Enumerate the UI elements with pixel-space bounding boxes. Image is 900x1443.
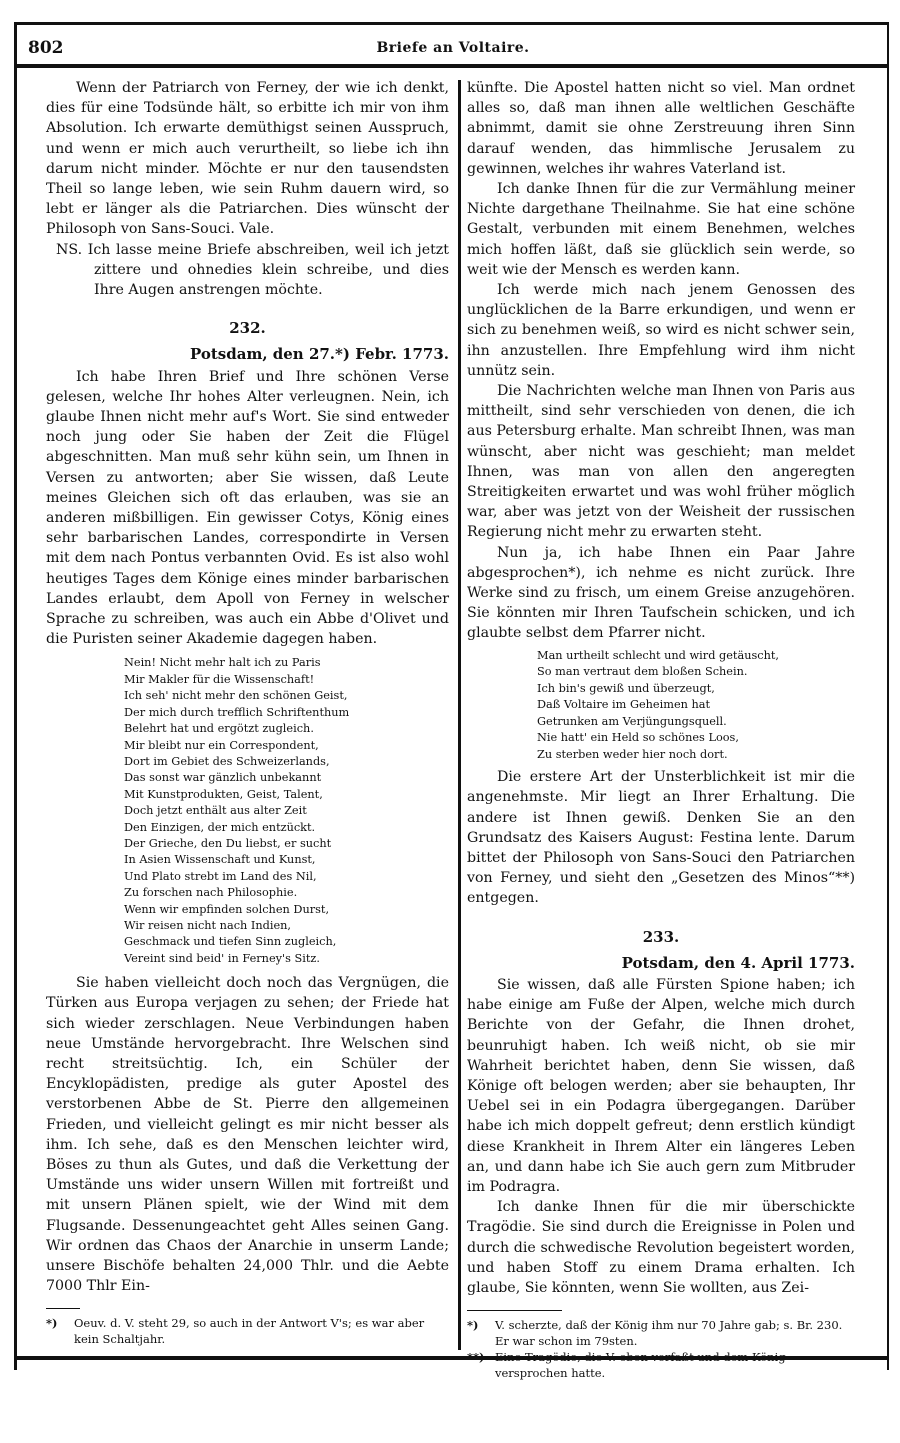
poem-line: So man vertraut dem bloßen Schein. [537, 664, 855, 681]
poem-line: Doch jetzt enthält aus alter Zeit [124, 803, 449, 819]
poem-line: Getrunken am Verjüngungsquell. [537, 714, 855, 731]
letter-233-paragraph-1: Sie wissen, daß alle Fürsten Spione habe… [467, 975, 855, 1197]
poem-line: Wenn wir empfinden solchen Durst, [124, 902, 449, 918]
paragraph-news: Die Nachrichten welche man Ihnen von Par… [467, 381, 855, 543]
footnote-rule [46, 1308, 80, 1309]
poem-line: Wir reisen nicht nach Indien, [124, 918, 449, 934]
paragraph-niece: Ich danke Ihnen für die zur Vermählung m… [467, 179, 855, 280]
footnote-text: Oeuv. d. V. steht 29, so auch in der Ant… [74, 1316, 424, 1346]
paragraph-immortality: Die erstere Art der Unsterblichkeit ist … [467, 767, 855, 908]
right-column: künfte. Die Apostel hatten nicht so viel… [467, 78, 855, 1381]
poem-line: Und Plato strebt im Land des Nil, [124, 869, 449, 885]
footnote: **)Eine Tragödie, die V. eben verfaßt un… [467, 1349, 855, 1381]
letter-232-paragraph-1: Ich habe Ihren Brief und Ihre schönen Ve… [46, 367, 449, 650]
footnote: *)Oeuv. d. V. steht 29, so auch in der A… [46, 1315, 449, 1347]
letter-number-233: 233. [467, 927, 855, 947]
footnote-mark: *) [46, 1315, 74, 1331]
poem-line: Vereint sind beid' in Ferney's Sitz. [124, 951, 449, 967]
poem-right: Man urtheilt schlecht und wird getäuscht… [537, 648, 855, 764]
poem-line: In Asien Wissenschaft und Kunst, [124, 852, 449, 868]
poem-line: Den Einzigen, der mich entzückt. [124, 820, 449, 836]
running-head: Briefe an Voltaire. [28, 40, 878, 56]
poem-line: Geschmack und tiefen Sinn zugleich, [124, 934, 449, 950]
poem-line: Belehrt hat und ergötzt zugleich. [124, 721, 449, 737]
poem-line: Mir Makler für die Wissenschaft! [124, 672, 449, 688]
poem-line: Das sonst war gänzlich unbekannt [124, 770, 449, 786]
header-rule [14, 64, 887, 68]
footnote-mark: *) [467, 1317, 495, 1333]
dateline-232: Potsdam, den 27.*) Febr. 1773. [46, 344, 449, 364]
poem-line: Nein! Nicht mehr halt ich zu Paris [124, 655, 449, 671]
dateline-233: Potsdam, den 4. April 1773. [467, 953, 855, 973]
column-divider [458, 80, 461, 1350]
paragraph-continued: künfte. Die Apostel hatten nicht so viel… [467, 78, 855, 179]
poem-line: Ich seh' nicht mehr den schönen Geist, [124, 688, 449, 704]
poem-line: Man urtheilt schlecht und wird getäuscht… [537, 648, 855, 665]
poem-line: Mir bleibt nur ein Correspondent, [124, 738, 449, 754]
poem-line: Der mich durch trefflich Schriftenthum [124, 705, 449, 721]
footnote-text: V. scherzte, daß der König ihm nur 70 Ja… [495, 1318, 842, 1348]
postscript: NS. Ich lasse meine Briefe abschreiben, … [56, 240, 449, 301]
poem-line: Zu sterben weder hier noch dort. [537, 747, 855, 764]
page-bottom-border [14, 1356, 887, 1360]
letter-number-232: 232. [46, 318, 449, 338]
poem-line: Daß Voltaire im Geheimen hat [537, 697, 855, 714]
paragraph-continued: Wenn der Patriarch von Ferney, der wie i… [46, 78, 449, 240]
left-column: Wenn der Patriarch von Ferney, der wie i… [46, 78, 449, 1347]
poem-line: Ich bin's gewiß und überzeugt, [537, 681, 855, 698]
poem-line: Dort im Gebiet des Schweizerlands, [124, 754, 449, 770]
letter-232-paragraph-2: Sie haben vielleicht doch noch das Vergn… [46, 973, 449, 1296]
footnote-text: Eine Tragödie, die V. eben verfaßt und d… [495, 1350, 786, 1380]
poem-line: Zu forschen nach Philosophie. [124, 885, 449, 901]
paragraph-de-la-barre: Ich werde mich nach jenem Genossen des u… [467, 280, 855, 381]
letter-233-paragraph-2: Ich danke Ihnen für die mir überschickte… [467, 1197, 855, 1298]
poem-left: Nein! Nicht mehr halt ich zu Paris Mir M… [124, 655, 449, 967]
paragraph-years: Nun ja, ich habe Ihnen ein Paar Jahre ab… [467, 543, 855, 644]
poem-line: Nie hatt' ein Held so schönes Loos, [537, 730, 855, 747]
poem-line: Der Grieche, den Du liebst, er sucht [124, 836, 449, 852]
footnote: *)V. scherzte, daß der König ihm nur 70 … [467, 1317, 855, 1349]
footnote-rule [467, 1310, 562, 1311]
poem-line: Mit Kunstprodukten, Geist, Talent, [124, 787, 449, 803]
page-header: 802 Briefe an Voltaire. [28, 38, 878, 62]
